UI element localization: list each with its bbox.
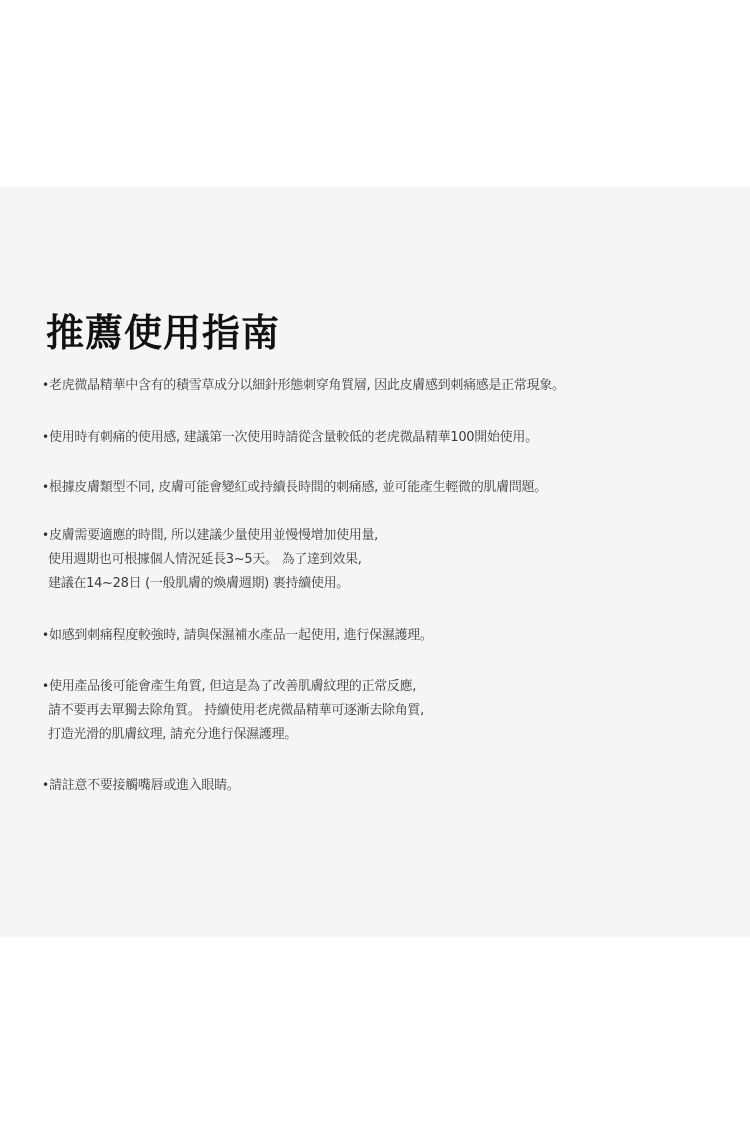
bullet-icon: • (42, 523, 49, 547)
guide-item-4: •皮膚需要適應的時間, 所以建議少量使用並慢慢增加使用量, 使用週期也可根據個人… (42, 523, 378, 596)
guide-item-text: 打造光滑的肌膚紋理, 請充分進行保濕護理。 (42, 723, 424, 747)
guide-item-text: 根據皮膚類型不同, 皮膚可能會變紅或持續長時間的刺痛感, 並可能產生輕微的肌膚問… (49, 480, 547, 495)
guide-item-6: •使用產品後可能會產生角質, 但這是為了改善肌膚紋理的正常反應, 請不要再去單獨… (42, 674, 424, 747)
bullet-icon: • (42, 674, 49, 698)
guide-item-text: 請註意不要接觸嘴唇或進入眼睛。 (49, 778, 240, 793)
guide-item-text: 請不要再去單獨去除角質。 持續使用老虎微晶精華可逐漸去除角質, (42, 699, 424, 723)
bullet-icon: • (42, 373, 49, 397)
guide-item-text: 使用時有刺痛的使用感, 建議第一次使用時請從含量較低的老虎微晶精華100開始使用… (49, 430, 538, 445)
bullet-icon: • (42, 773, 49, 797)
guide-item-text: 皮膚需要適應的時間, 所以建議少量使用並慢慢增加使用量, (49, 528, 378, 543)
guide-item-3: •根據皮膚類型不同, 皮膚可能會變紅或持續長時間的刺痛感, 並可能產生輕微的肌膚… (42, 475, 547, 500)
guide-item-text: 使用產品後可能會產生角質, 但這是為了改善肌膚紋理的正常反應, (49, 679, 416, 694)
bullet-icon: • (42, 623, 49, 647)
guide-item-2: •使用時有刺痛的使用感, 建議第一次使用時請從含量較低的老虎微晶精華100開始使… (42, 425, 538, 450)
bullet-icon: • (42, 425, 49, 449)
guide-item-text: 如感到刺痛程度較強時, 請與保濕補水產品一起使用, 進行保濕護理。 (49, 628, 433, 643)
guide-item-7: •請註意不要接觸嘴唇或進入眼睛。 (42, 773, 240, 798)
page-title: 推薦使用指南 (46, 310, 280, 356)
guide-item-text: 老虎微晶精華中含有的積雪草成分以細針形態刺穿角質層, 因此皮膚感到刺痛感是正常現… (49, 378, 565, 393)
guide-item-5: •如感到刺痛程度較強時, 請與保濕補水產品一起使用, 進行保濕護理。 (42, 623, 433, 648)
guide-item-text: 使用週期也可根據個人情況延長3~5天。 為了達到效果, (42, 548, 378, 572)
bullet-icon: • (42, 475, 49, 499)
guide-item-text: 建議在14~28日 (一般肌膚的煥膚週期) 裹持續使用。 (42, 572, 378, 596)
guide-item-1: •老虎微晶精華中含有的積雪草成分以細針形態刺穿角質層, 因此皮膚感到刺痛感是正常… (42, 373, 565, 398)
